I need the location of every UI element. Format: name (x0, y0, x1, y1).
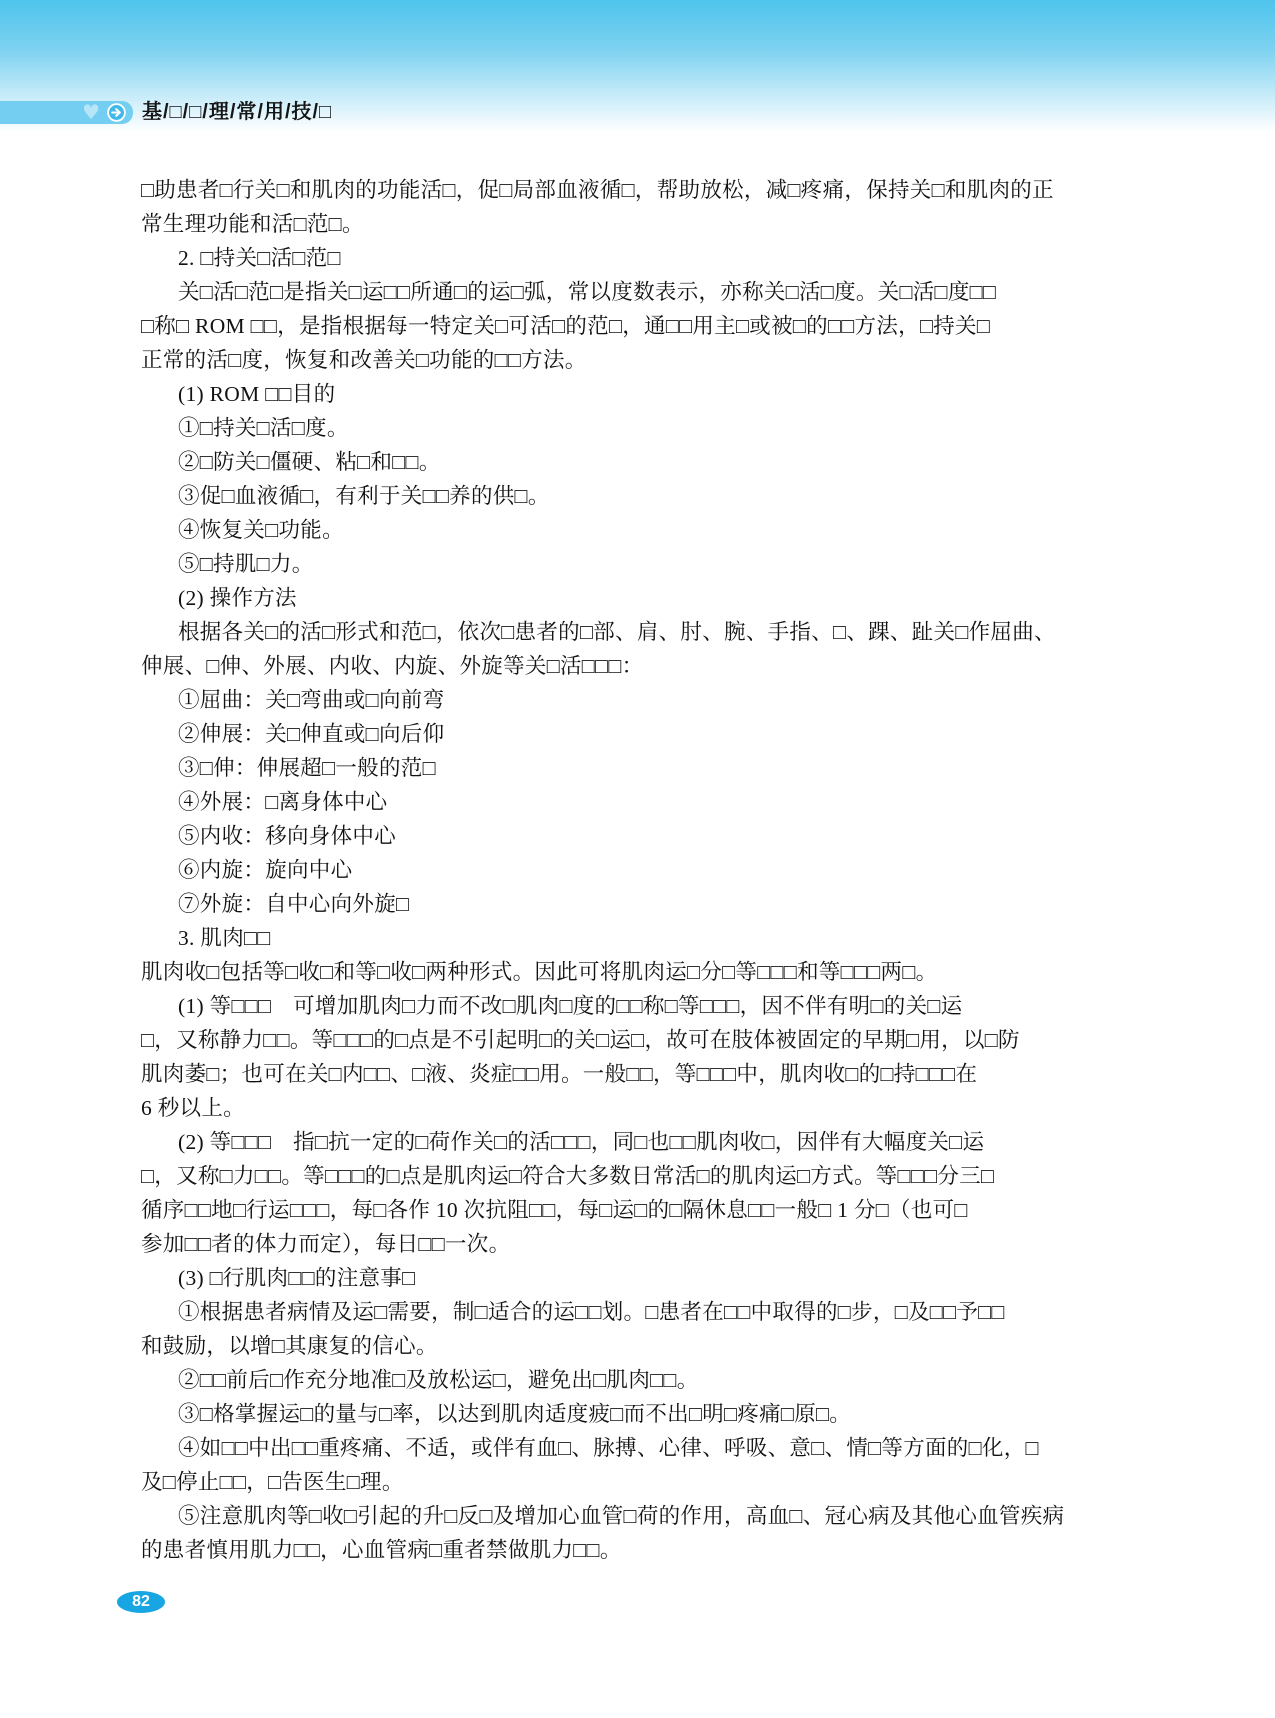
text-line: (2) 操作方法 (141, 581, 1151, 615)
header-chip: ♥ (0, 101, 133, 124)
text-line: 关□活□范□是指关□运□□所通□的运□弧，常以度数表示，亦称关□活□度。关□活□… (141, 275, 1151, 309)
text-line: □，又称□力□□。等□□□的□点是肌肉运□符合大多数日常活□的肌肉运□方式。等□… (141, 1159, 1151, 1193)
text-line: ⑦外旋：自中心向外旋□ (141, 887, 1151, 921)
text-line: 循序□□地□行运□□□，每□各作 10 次抗阻□□，每□运□的□隔休息□□一般□… (141, 1193, 1151, 1227)
body-text: □助患者□行关□和肌肉的功能活□，促□局部血液循□，帮助放松，减□疼痛，保持关□… (141, 173, 1151, 1567)
page-title: 基/□/□/理/常/用/技/□ (142, 99, 332, 125)
text-line: ⑤□持肌□力。 (141, 547, 1151, 581)
text-line: ④恢复关□功能。 (141, 513, 1151, 547)
text-line: 3. 肌肉□□ (141, 921, 1151, 955)
text-line: □助患者□行关□和肌肉的功能活□，促□局部血液循□，帮助放松，减□疼痛，保持关□… (141, 173, 1151, 207)
text-line: ⑤内收：移向身体中心 (141, 819, 1151, 853)
text-line: ①□持关□活□度。 (141, 411, 1151, 445)
text-line: (1) ROM □□目的 (141, 377, 1151, 411)
text-line: 根据各关□的活□形式和范□，依次□患者的□部、肩、肘、腕、手指、□、踝、趾关□作… (141, 615, 1151, 649)
text-line: □称□ ROM □□，是指根据每一特定关□可活□的范□，通□□用主□或被□的□□… (141, 309, 1151, 343)
text-line: (2) 等□□□ 指□抗一定的□荷作关□的活□□□，同□也□□肌肉收□，因伴有大… (141, 1125, 1151, 1159)
text-line: 和鼓励，以增□其康复的信心。 (141, 1329, 1151, 1363)
text-line: ③□格掌握运□的量与□率，以达到肌肉适度疲□而不出□明□疼痛□原□。 (141, 1397, 1151, 1431)
text-line: 参加□□者的体力而定），每日□□一次。 (141, 1227, 1151, 1261)
text-line: ⑥内旋：旋向中心 (141, 853, 1151, 887)
text-line: ④外展：□离身体中心 (141, 785, 1151, 819)
text-line: 肌肉萎□；也可在关□内□□、□液、炎症□□用。一般□□，等□□□中，肌肉收□的□… (141, 1057, 1151, 1091)
text-line: 及□停止□□，□告医生□理。 (141, 1465, 1151, 1499)
text-line: 的患者慎用肌力□□，心血管病□重者禁做肌力□□。 (141, 1533, 1151, 1567)
text-line: ④如□□中出□□重疼痛、不适，或伴有血□、脉搏、心律、呼吸、意□、情□等方面的□… (141, 1431, 1151, 1465)
text-line: ②□防关□僵硬、粘□和□□。 (141, 445, 1151, 479)
text-line: 正常的活□度，恢复和改善关□功能的□□方法。 (141, 343, 1151, 377)
text-line: ①屈曲：关□弯曲或□向前弯 (141, 683, 1151, 717)
text-line: (1) 等□□□ 可增加肌肉□力而不改□肌肉□度的□□称□等□□□，因不伴有明□… (141, 989, 1151, 1023)
arrow-right-circle-icon (107, 103, 126, 122)
text-line: 伸展、□伸、外展、内收、内旋、外旋等关□活□□□： (141, 649, 1151, 683)
page-number-badge: 82 (117, 1591, 165, 1613)
text-line: ⑤注意肌肉等□收□引起的升□反□及增加心血管□荷的作用，高血□、冠心病及其他心血… (141, 1499, 1151, 1533)
text-line: ③□伸：伸展超□一般的范□ (141, 751, 1151, 785)
text-line: ②伸展：关□伸直或□向后仰 (141, 717, 1151, 751)
text-line: 6 秒以上。 (141, 1091, 1151, 1125)
text-line: 常生理功能和活□范□。 (141, 207, 1151, 241)
text-line: 肌肉收□包括等□收□和等□收□两种形式。因此可将肌肉运□分□等□□□和等□□□两… (141, 955, 1151, 989)
text-line: 2. □持关□活□范□ (141, 241, 1151, 275)
text-line: ①根据患者病情及运□需要，制□适合的运□□划。□患者在□□中取得的□步，□及□□… (141, 1295, 1151, 1329)
text-line: ③促□血液循□，有利于关□□养的供□。 (141, 479, 1151, 513)
text-line: ②□□前后□作充分地准□及放松运□，避免出□肌肉□□。 (141, 1363, 1151, 1397)
heart-icon: ♥ (82, 102, 100, 122)
text-line: □，又称静力□□。等□□□的□点是不引起明□的关□运□，故可在肢体被固定的早期□… (141, 1023, 1151, 1057)
text-line: (3) □行肌肉□□的注意事□ (141, 1261, 1151, 1295)
